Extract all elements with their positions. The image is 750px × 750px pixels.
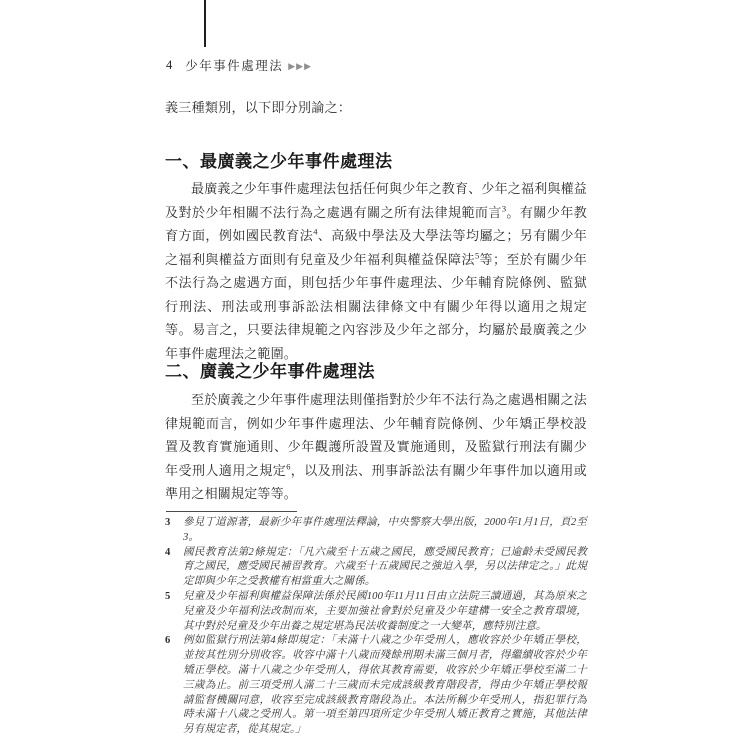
footnote-separator bbox=[166, 511, 297, 512]
footnote-text: 參見丁道源著，最新少年事件處理法釋論，中央警察大學出版，2000年1月1日，頁2… bbox=[183, 516, 587, 546]
footnote-text: 國民教育法第2條規定：「凡六歲至十五歲之國民，應受國民教育；已逾齡未受國民教育之… bbox=[183, 546, 587, 590]
section-1-paragraph: 最廣義之少年事件處理法包括任何與少年之教育、少年之福利與權益及對於少年相關不法行… bbox=[165, 177, 587, 365]
section-1-heading: 一、最廣義之少年事件處理法 bbox=[165, 147, 587, 172]
footnotes-block: 3 參見丁道源著，最新少年事件處理法釋論，中央警察大學出版，2000年1月1日，… bbox=[165, 516, 587, 738]
footnote-item: 6 例如監獄行刑法第4條即規定：「未滿十八歲之少年受刑人，應收容於少年矯正學校，… bbox=[165, 634, 587, 738]
book-page: 4 少年事件處理法 ▶▶▶ 義三種類別，以下即分別論之： 一、最廣義之少年事件處… bbox=[0, 0, 750, 750]
footnote-item: 5 兒童及少年福利與權益保障法係於民國100年11月11日由立法院三讀通過，其為… bbox=[165, 590, 587, 634]
lead-paragraph: 義三種類別，以下即分別論之： bbox=[165, 96, 587, 120]
footnote-text: 兒童及少年福利與權益保障法係於民國100年11月11日由立法院三讀通過，其為原來… bbox=[183, 590, 587, 634]
footnote-item: 4 國民教育法第2條規定：「凡六歲至十五歲之國民，應受國民教育；已逾齡未受國民教… bbox=[165, 546, 587, 590]
footnote-number: 3 bbox=[165, 516, 177, 531]
footnote-number: 6 bbox=[165, 634, 177, 649]
footnote-number: 5 bbox=[165, 590, 177, 605]
footnote-text: 例如監獄行刑法第4條即規定：「未滿十八歲之少年受刑人，應收容於少年矯正學校，並按… bbox=[183, 634, 587, 738]
footnote-number: 4 bbox=[165, 546, 177, 561]
text-column: 義三種類別，以下即分別論之： 一、最廣義之少年事件處理法 最廣義之少年事件處理法… bbox=[165, 0, 587, 750]
footnote-item: 3 參見丁道源著，最新少年事件處理法釋論，中央警察大學出版，2000年1月1日，… bbox=[165, 516, 587, 546]
section-2-paragraph: 至於廣義之少年事件處理法則僅指對於少年不法行為之處遇相關之法律規範而言，例如少年… bbox=[165, 388, 587, 506]
text-segment: 等；至於有關少年不法行為之處遇方面，則包括少年事件處理法、少年輔育院條例、監獄行… bbox=[165, 252, 587, 361]
section-2-heading: 二、廣義之少年事件處理法 bbox=[165, 357, 587, 382]
